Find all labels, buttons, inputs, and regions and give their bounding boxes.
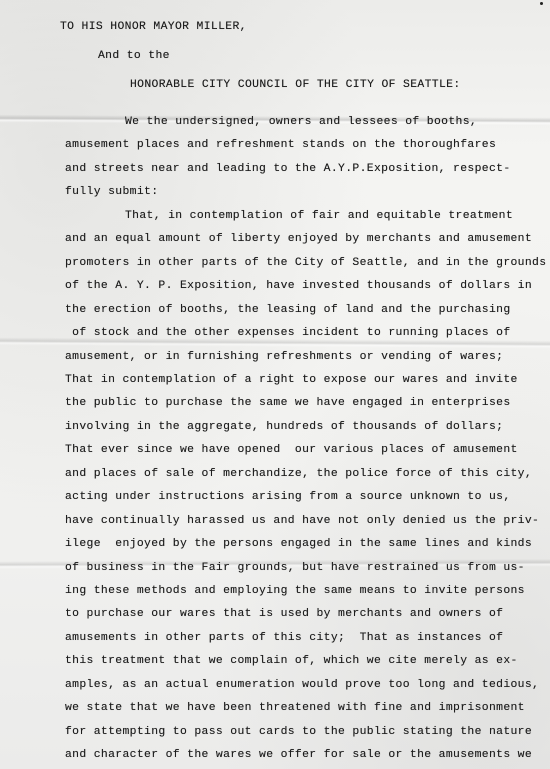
body-text-line: amusement places and refreshment stands … (65, 138, 496, 152)
body-text-line: for attempting to pass out cards to the … (65, 725, 532, 739)
body-text-line: we state that we have been threatened wi… (65, 701, 525, 715)
body-text-line: of business in the Fair grounds, but hav… (65, 561, 525, 575)
body-text-line: That ever since we have opened our vario… (65, 443, 518, 457)
body-text-line: the erection of booths, the leasing of l… (65, 303, 511, 317)
salutation-mayor: TO HIS HONOR MAYOR MILLER, (60, 20, 247, 34)
body-text-line: and streets near and leading to the A.Y.… (65, 162, 511, 176)
body-text-line: That, in contemplation of fair and equit… (125, 209, 513, 223)
body-text-line: fully submit: (65, 185, 158, 199)
body-text-line: the public to purchase the same we have … (65, 396, 511, 410)
body-text-line: amples, as an actual enumeration would p… (65, 678, 539, 692)
body-text-line: of stock and the other expenses incident… (65, 326, 511, 340)
body-text-line: have continually harassed us and have no… (65, 514, 539, 528)
ink-speck (540, 2, 543, 5)
body-text-line: of the A. Y. P. Exposition, have investe… (65, 279, 532, 293)
body-text-line: and an equal amount of liberty enjoyed b… (65, 232, 532, 246)
body-text-line: amusement, or in furnishing refreshments… (65, 350, 503, 364)
typewritten-document-page: TO HIS HONOR MAYOR MILLER, And to the HO… (0, 0, 550, 769)
body-text-line: to purchase our wares that is used by me… (65, 607, 503, 621)
salutation-city-council: HONORABLE CITY COUNCIL OF THE CITY OF SE… (130, 78, 461, 92)
body-text-line: this treatment that we complain of, whic… (65, 654, 518, 668)
body-text-line: That in contemplation of a right to expo… (65, 373, 518, 387)
body-text-line: ing these methods and employing the same… (65, 584, 525, 598)
body-text-line: amusements in other parts of this city; … (65, 631, 503, 645)
body-text-line: acting under instructions arising from a… (65, 490, 511, 504)
body-text-line: We the undersigned, owners and lessees o… (125, 115, 477, 129)
body-text-line: and character of the wares we offer for … (65, 748, 532, 762)
body-text-line: and places of sale of merchandize, the p… (65, 467, 532, 481)
body-text-line: ilege enjoyed by the persons engaged in … (65, 537, 532, 551)
salutation-and-to: And to the (98, 49, 170, 63)
body-text-line: involving in the aggregate, hundreds of … (65, 420, 503, 434)
body-text-line: promoters in other parts of the City of … (65, 256, 546, 270)
